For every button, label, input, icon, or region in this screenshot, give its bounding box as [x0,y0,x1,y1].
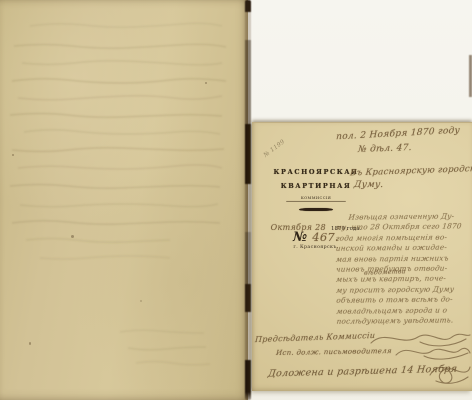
letterhead-subtitle: КОММИССІЯ [286,196,346,202]
show-through-writing [0,0,248,400]
letter-page: № 1199 пол. 2 Ноября 1870 году № дѣл. 47… [252,122,472,391]
addressee-line1: Въ Красноярскую городскую [350,164,472,179]
paper-speck [29,342,31,345]
received-docket-line2: № дѣл. 47. [358,143,412,155]
pencil-annotation: № 1199 [262,138,286,158]
clerk-signature-flourish [394,341,472,363]
numero-sign: № [293,230,307,245]
letterhead-title-line2: КВАРТИРНАЯ [268,182,364,190]
left-blank-page [0,0,248,400]
signature-title-clerk: Исп. долж. письмоводителя [276,347,393,357]
signature-title-chairman: Предсѣдатель Коммиссіи [255,331,376,344]
book-page-edge [245,0,251,400]
paper-speck [205,82,207,84]
addressee-line2: Думу. [353,180,384,190]
paper-speck [12,154,14,156]
received-docket-line1: пол. 2 Ноября 1870 году [336,126,460,143]
interline-insertion: вѣдомства [364,268,406,276]
paper-speck [140,300,142,302]
paper-speck [71,235,74,238]
docket-flourish [428,361,472,387]
scanned-document: № 1199 пол. 2 Ноября 1870 году № дѣл. 47… [0,0,472,400]
letterhead-ornament-rule [299,208,333,211]
